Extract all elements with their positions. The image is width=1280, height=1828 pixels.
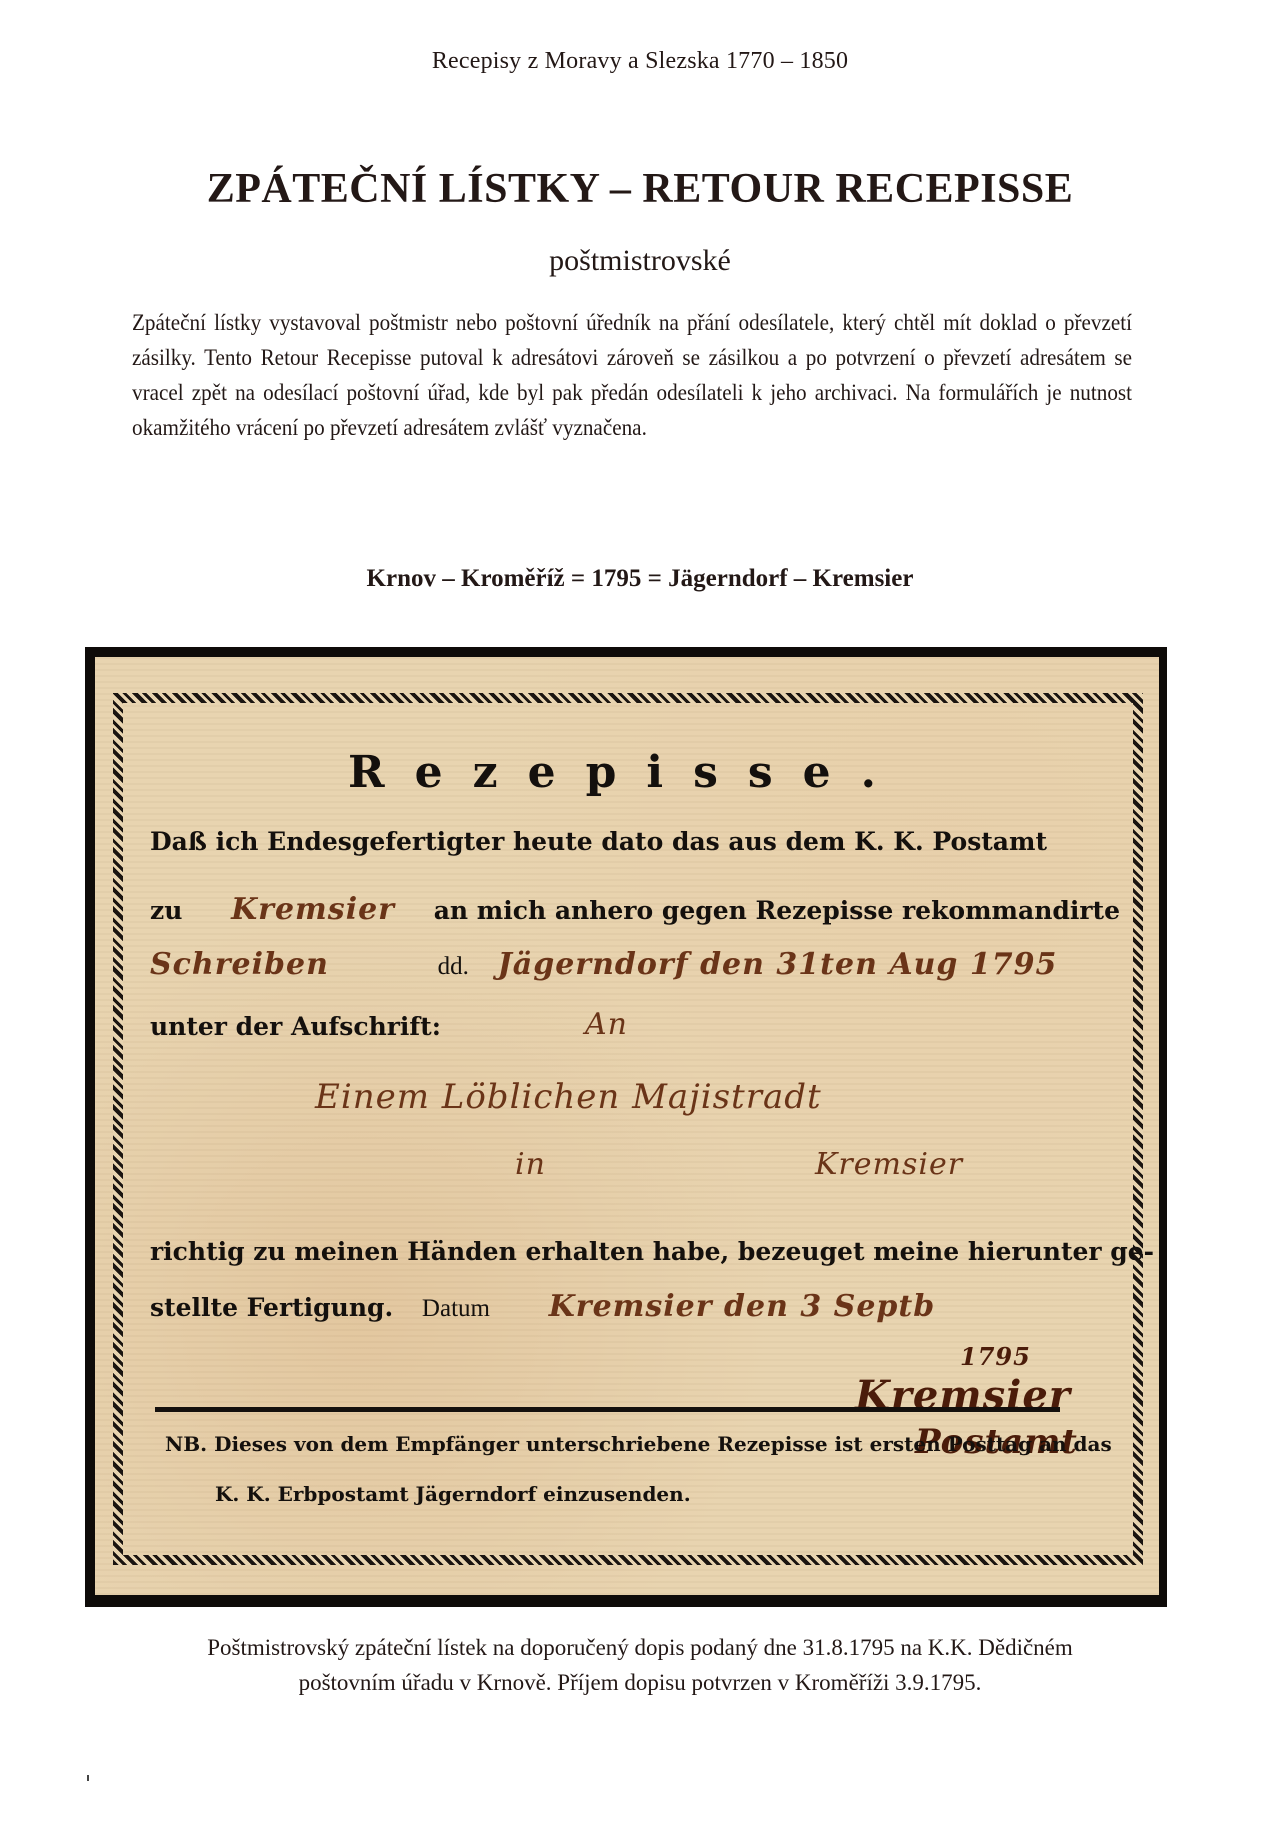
datum-label: Datum [422,1295,490,1322]
intro-paragraph: Zpáteční lístky vystavoval poštmistr neb… [132,305,1132,445]
handwritten-address-3a: in [515,1147,546,1182]
document-line-4: unter der Aufschrift: [150,1012,441,1041]
handwritten-address-3b: Kremsier [815,1147,963,1182]
line2-prefix: zu [150,896,182,925]
document-scan-frame: Rezepisse. Daß ich Endesgefertigter heut… [85,647,1167,1607]
image-caption: Poštmistrovský zpáteční lístek na doporu… [0,1630,1280,1700]
document-paper: Rezepisse. Daß ich Endesgefertigter heut… [95,657,1159,1595]
handwritten-receipt-date: Kremsier den 3 Septb [549,1289,936,1324]
page-title: ZPÁTEČNÍ LÍSTKY – RETOUR RECEPISSE [0,165,1280,213]
document-line-3: Schreiben dd. Jägerndorf den 31ten Aug 1… [150,947,1057,982]
handwritten-address-1: An [585,1007,628,1042]
running-title: Recepisy z Moravy a Slezska 1770 – 1850 [0,48,1280,75]
caption-line-1: Poštmistrovský zpáteční lístek na doporu… [0,1630,1280,1665]
nb-note-line-2: K. K. Erbpostamt Jägerndorf einzusenden. [215,1482,691,1506]
line3-dd: dd. [438,953,469,980]
document-heading: Rezepisse. [95,747,1159,798]
scan-mark [87,1775,89,1781]
handwritten-place: Kremsier [231,892,395,927]
line2-suffix: an mich anhero gegen Rezepisse rekommand… [434,896,1120,925]
document-rule [155,1407,1060,1412]
document-line-1: Daß ich Endesgefertigter heute dato das … [150,827,1047,856]
document-line-5: richtig zu meinen Händen erhalten habe, … [150,1237,1154,1266]
document-line-6: stellte Fertigung. Datum Kremsier den 3 … [150,1289,935,1324]
handwritten-origin-date: Jägerndorf den 31ten Aug 1795 [498,947,1058,982]
handwritten-item: Schreiben [150,947,329,982]
handwritten-receipt-year: 1795 [960,1342,1031,1371]
nb-note-line-1: NB. Dieses von dem Empfänger unterschrie… [165,1432,1112,1456]
line6-text: stellte Fertigung. [150,1293,393,1322]
document-line-2: zu Kremsier an mich anhero gegen Rezepis… [150,892,1120,927]
handwritten-address-2: Einem Löblichen Majistradt [315,1077,822,1117]
item-title: Krnov – Kroměříž = 1795 = Jägerndorf – K… [0,565,1280,593]
page-subtitle: poštmistrovské [0,244,1280,278]
caption-line-2: poštovním úřadu v Krnově. Příjem dopisu … [0,1665,1280,1700]
